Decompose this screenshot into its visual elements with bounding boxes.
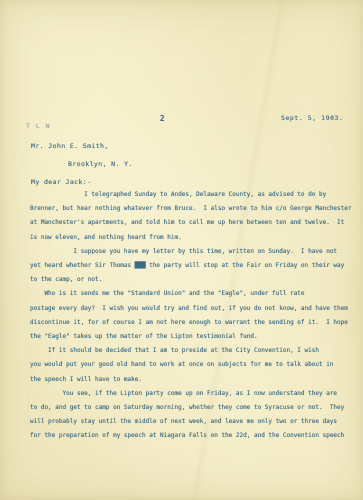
page-number: 2 [160,114,165,123]
letter-body: I telegraphed Sunday to Andes, Delaware … [30,188,352,444]
typist-initials: T L W [26,122,51,130]
body-paragraph-3: Who is it sends me the "Standard Union" … [30,287,352,344]
body-paragraph-1: I telegraphed Sunday to Andes, Delaware … [30,188,352,245]
recipient-name: Mr. John E. Smith, [31,142,109,150]
letter-page: 2 Sept. 5, 1903. T L W Mr. John E. Smith… [0,0,363,500]
date-line: Sept. 5, 1903. [281,114,344,122]
body-paragraph-5: You see, if the Lipton party come up on … [30,387,352,444]
recipient-city: Brooklyn, N. Y. [68,160,133,168]
body-paragraph-4: If it should be decided that I am to pre… [30,344,352,387]
salutation: My dear Jack:- [31,178,91,186]
body-paragraph-2: I suppose you have my letter by this tim… [30,245,352,288]
